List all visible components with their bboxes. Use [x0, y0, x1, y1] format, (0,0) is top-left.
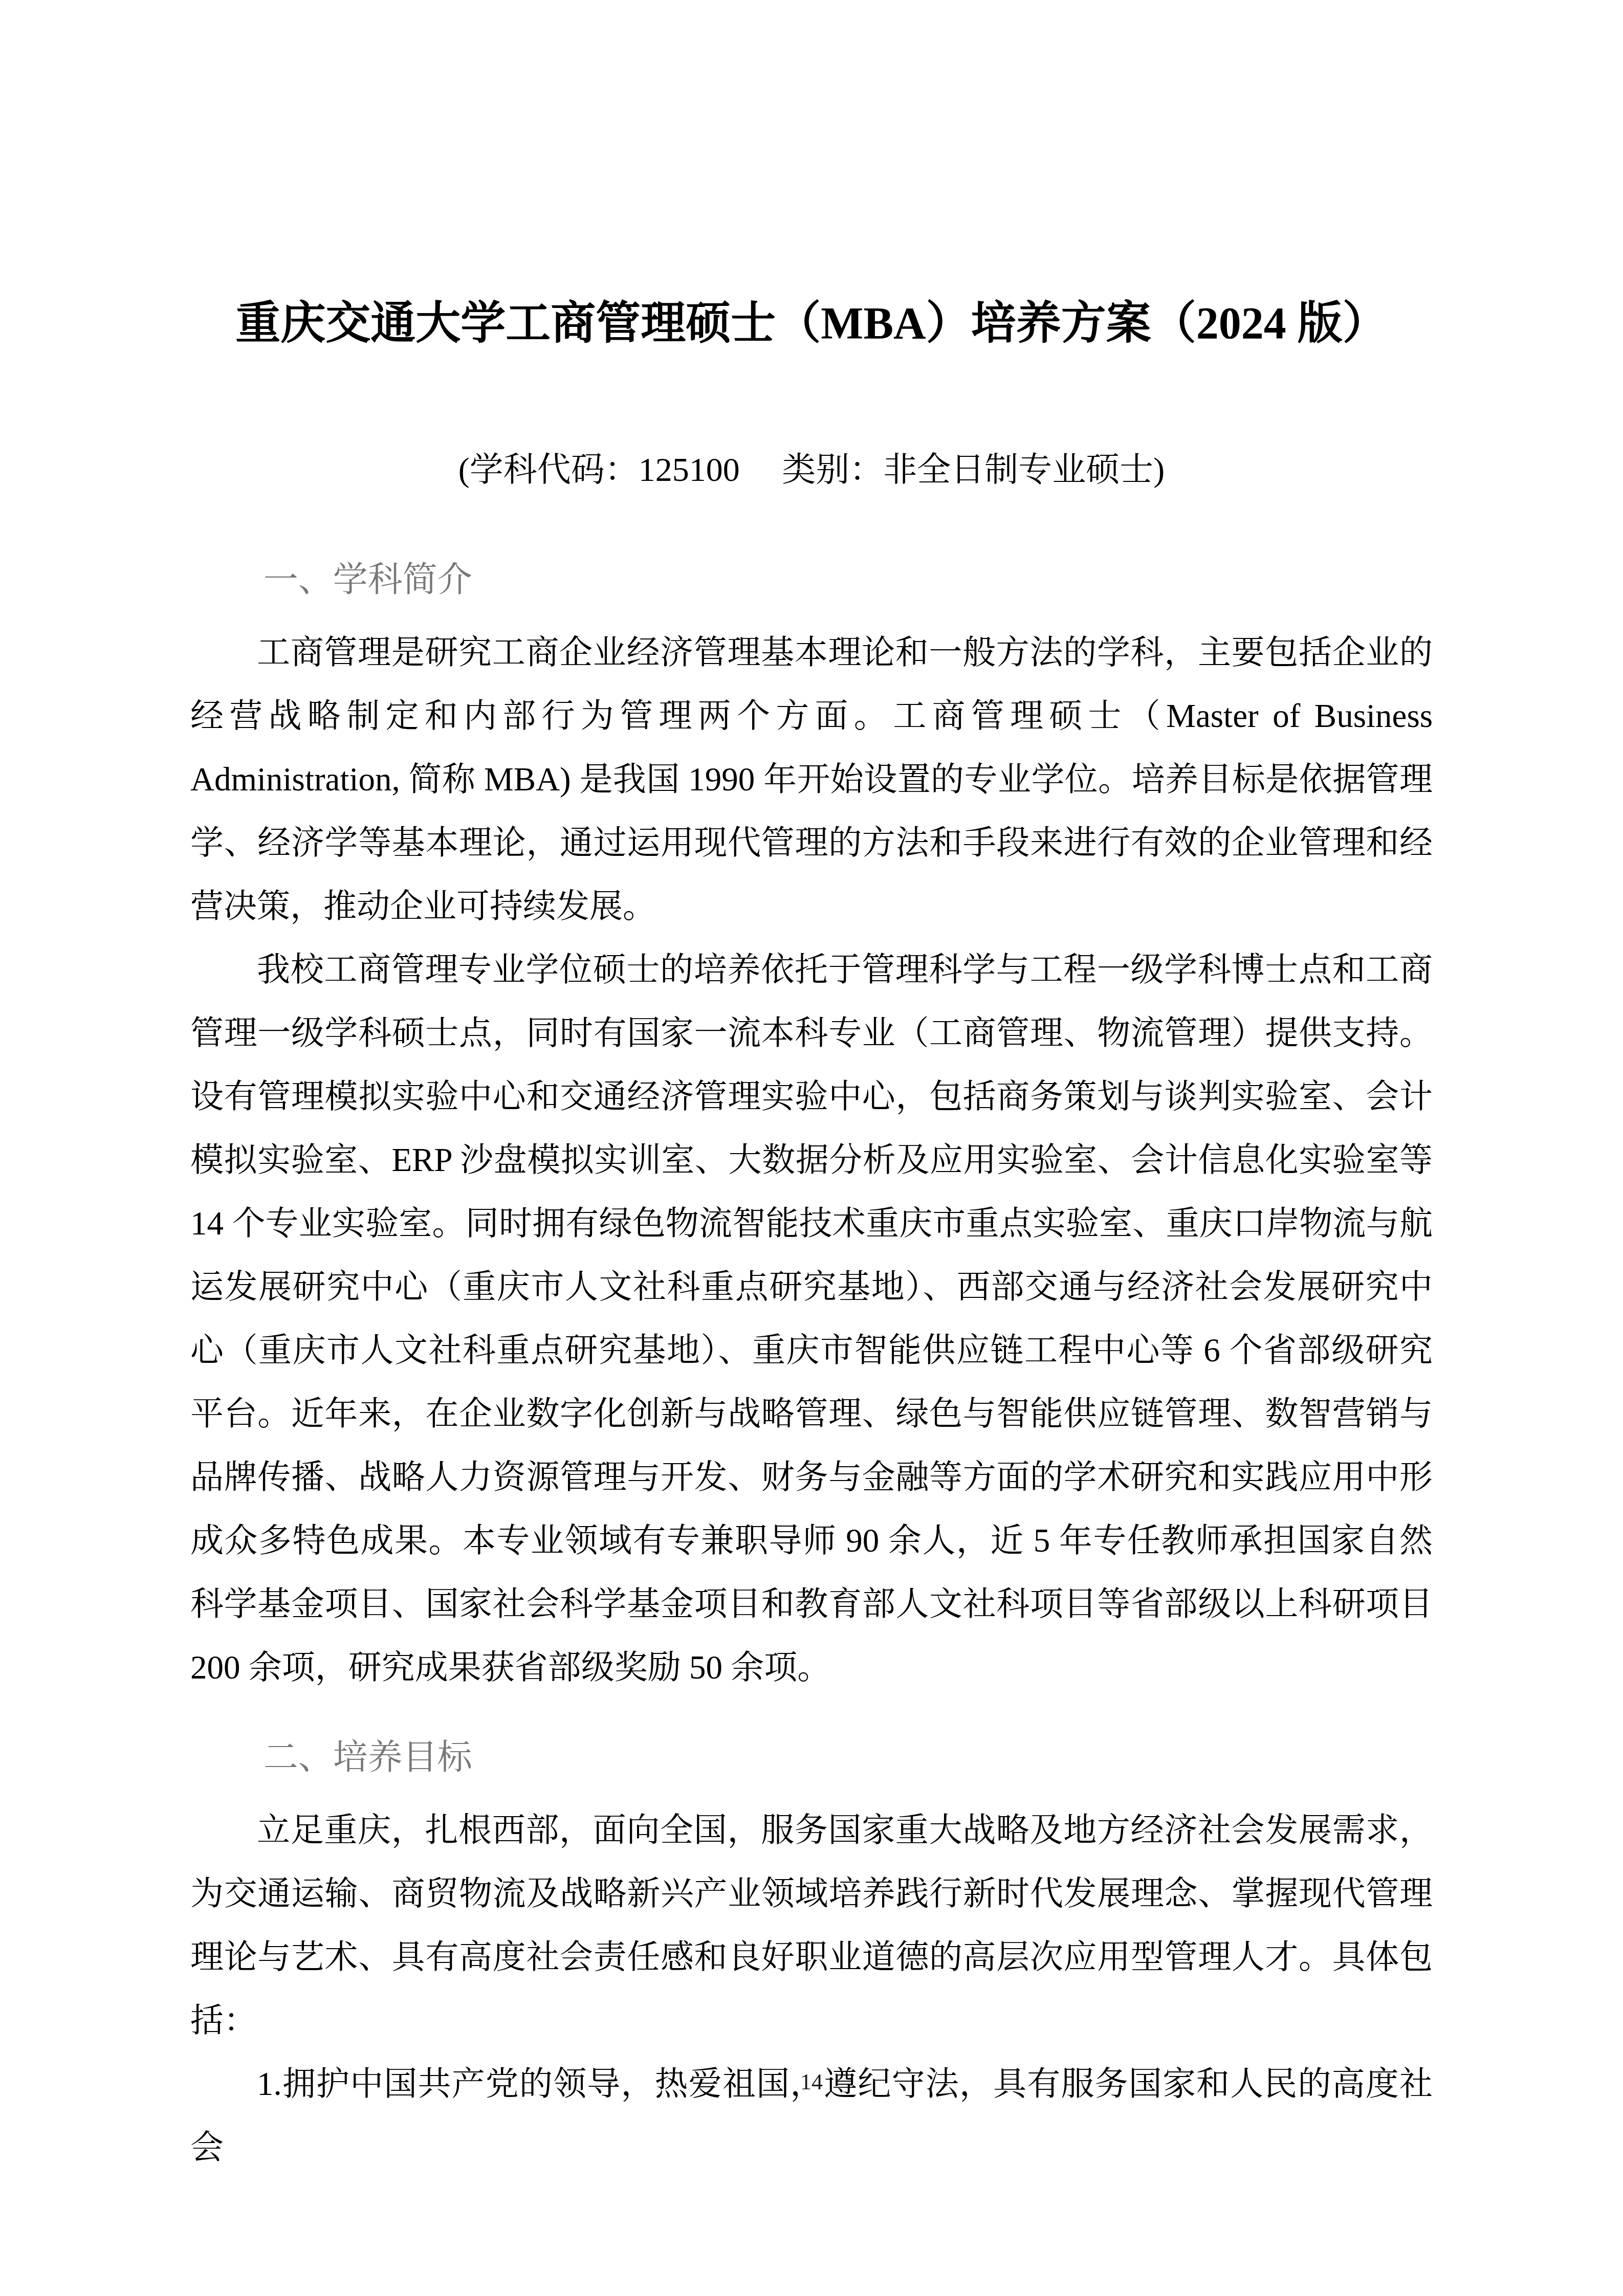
document-page: 重庆交通大学工商管理硕士（MBA）培养方案（2024 版） (学科代码：1251…	[0, 0, 1623, 2296]
section-2-heading: 二、培养目标	[190, 1731, 1433, 1783]
section-training-goals: 二、培养目标 立足重庆，扎根西部，面向全国，服务国家重大战略及地方经济社会发展需…	[190, 1731, 1433, 2179]
page-number: 14	[0, 2071, 1623, 2093]
section-1-paragraph-2: 我校工商管理专业学位硕士的培养依托于管理科学与工程一级学科博士点和工商管理一级学…	[190, 938, 1433, 1699]
section-discipline-intro: 一、学科简介 工商管理是研究工商企业经济管理基本理论和一般方法的学科，主要包括企…	[190, 554, 1433, 1699]
document-title: 重庆交通大学工商管理硕士（MBA）培养方案（2024 版）	[190, 296, 1433, 352]
section-2-paragraph-1: 立足重庆，扎根西部，面向全国，服务国家重大战略及地方经济社会发展需求，为交通运输…	[190, 1799, 1433, 2052]
document-subtitle: (学科代码：125100 类别：非全日制专业硕士)	[190, 448, 1433, 492]
section-1-heading: 一、学科简介	[190, 554, 1433, 606]
section-1-paragraph-1: 工商管理是研究工商企业经济管理基本理论和一般方法的学科，主要包括企业的经营战略制…	[190, 621, 1433, 938]
